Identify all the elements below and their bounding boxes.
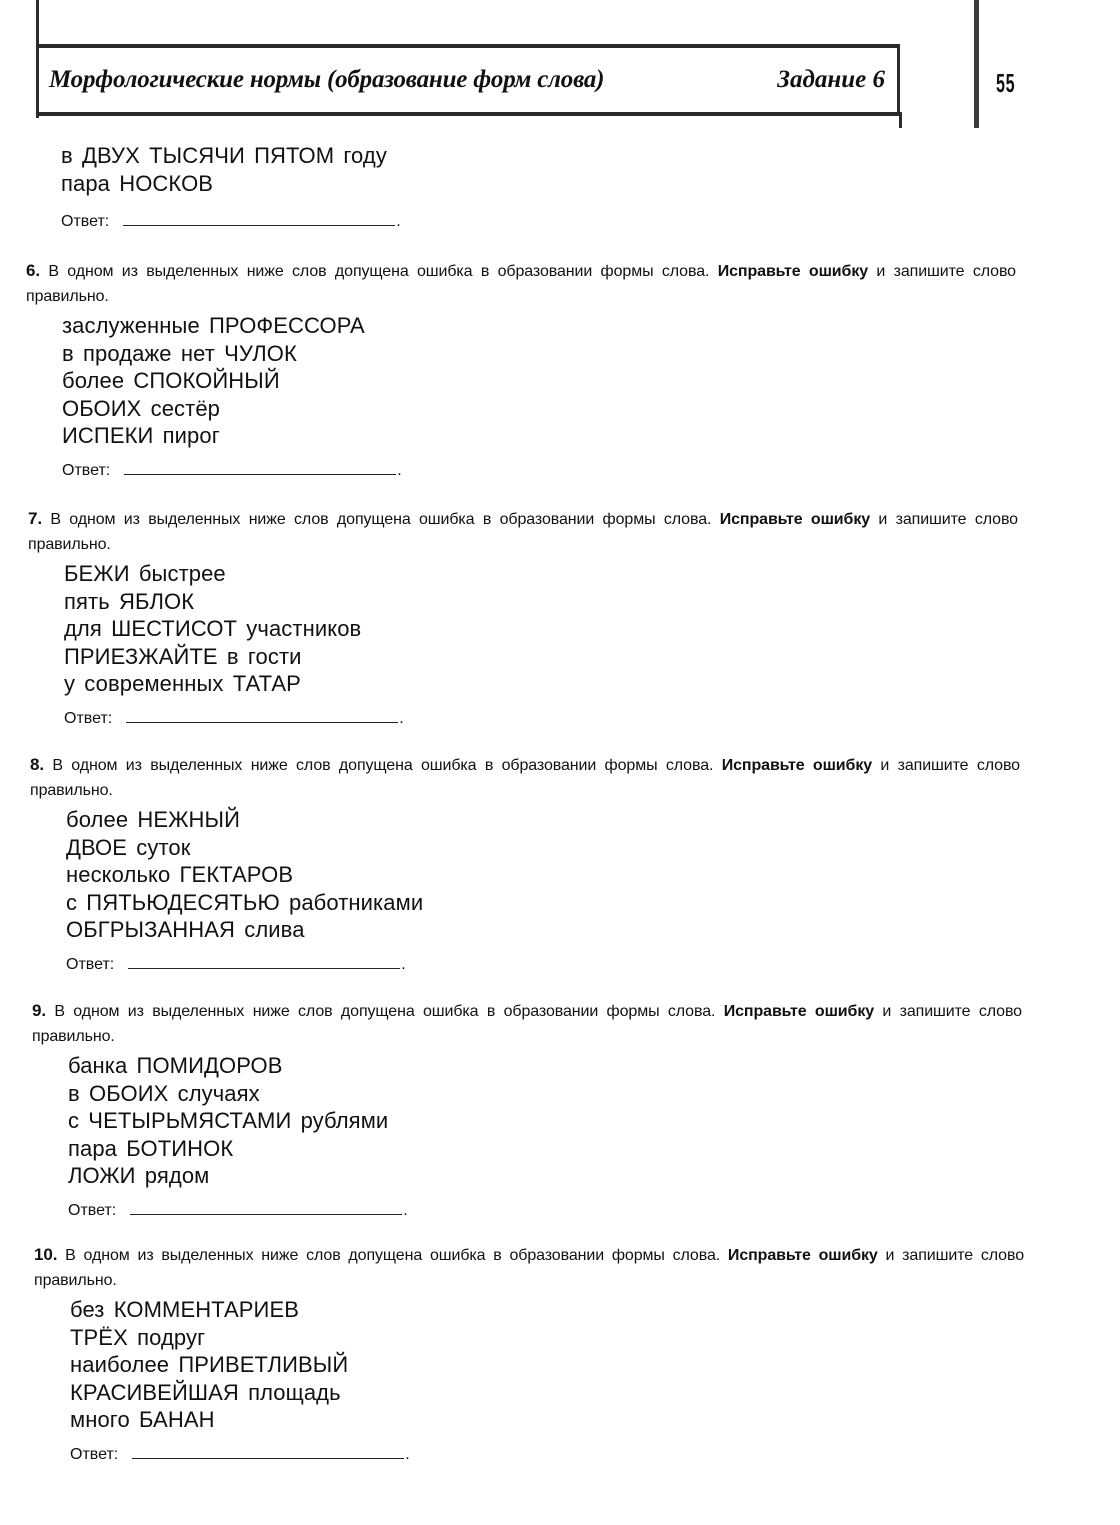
task-number: 9. bbox=[32, 1001, 46, 1020]
task-number: 8. bbox=[30, 755, 44, 774]
answer-input[interactable] bbox=[126, 708, 398, 723]
option-list: банка ПОМИДОРОВв ОБОИХ случаяхс ЧЕТЫРЬМЯ… bbox=[68, 1052, 388, 1190]
task-instruction: В одном из выделенных ниже слов допущена… bbox=[48, 263, 717, 280]
answer-label: Ответ: bbox=[61, 213, 109, 230]
option-item: много БАНАН bbox=[70, 1406, 348, 1434]
task-number: 6. bbox=[26, 261, 40, 280]
answer-label: Ответ: bbox=[70, 1446, 118, 1463]
answer-label: Ответ: bbox=[68, 1202, 116, 1219]
option-list: в ДВУХ ТЫСЯЧИ ПЯТОМ году пара НОСКОВ bbox=[61, 142, 387, 197]
answer-row: Ответ:. bbox=[70, 1444, 410, 1464]
header-border-tail bbox=[899, 112, 902, 128]
option-item: БЕЖИ быстрее bbox=[64, 560, 361, 588]
task-instruction-emphasis: Исправьте ошиб­ку bbox=[724, 1003, 874, 1020]
answer-period: . bbox=[399, 710, 403, 727]
option-item: несколько ГЕКТАРОВ bbox=[66, 861, 423, 889]
answer-period: . bbox=[401, 956, 405, 973]
answer-label: Ответ: bbox=[62, 462, 110, 479]
answer-row: Ответ:. bbox=[61, 211, 401, 231]
task-instruction-emphasis: Исправьте ошиб­ку bbox=[720, 511, 870, 528]
option-list: БЕЖИ быстреепять ЯБЛОКдля ШЕСТИСОТ участ… bbox=[64, 560, 361, 698]
option-item: с ПЯТЬЮДЕСЯТЬЮ работниками bbox=[66, 889, 423, 917]
section-title: Морфологические нормы (образование форм … bbox=[49, 66, 604, 94]
answer-input[interactable] bbox=[128, 954, 400, 969]
answer-row: Ответ:. bbox=[62, 460, 402, 480]
option-item: наиболее ПРИВЕТЛИВЫЙ bbox=[70, 1351, 348, 1379]
option-item: ОБОИХ сестёр bbox=[62, 395, 365, 423]
task-instruction: В одном из выделенных ниже слов допущена… bbox=[52, 757, 721, 774]
option-item: в ДВУХ ТЫСЯЧИ ПЯТОМ году bbox=[61, 142, 387, 170]
option-item: ЛОЖИ рядом bbox=[68, 1162, 388, 1190]
task-instruction-emphasis: Исправьте ошиб­ку bbox=[722, 757, 872, 774]
answer-row: Ответ:. bbox=[66, 954, 406, 974]
answer-period: . bbox=[403, 1202, 407, 1219]
answer-row: Ответ:. bbox=[68, 1200, 408, 1220]
answer-label: Ответ: bbox=[66, 956, 114, 973]
task-prompt: 9. В одном из выделенных ниже слов допущ… bbox=[32, 998, 1022, 1049]
answer-label: Ответ: bbox=[64, 710, 112, 727]
page-number-divider bbox=[974, 0, 979, 128]
option-item: в ОБОИХ случаях bbox=[68, 1080, 388, 1108]
option-item: у современных ТАТАР bbox=[64, 670, 361, 698]
option-item: ДВОЕ суток bbox=[66, 834, 423, 862]
option-list: без КОММЕНТАРИЕВТРЁХ подругнаиболее ПРИВ… bbox=[70, 1296, 348, 1434]
task-label: Задание 6 bbox=[777, 66, 885, 94]
task-prompt: 8. В одном из выделенных ниже слов допущ… bbox=[30, 752, 1020, 803]
option-item: заслуженные ПРОФЕССОРА bbox=[62, 312, 365, 340]
answer-period: . bbox=[396, 213, 400, 230]
option-item: ОБГРЫЗАННАЯ слива bbox=[66, 916, 423, 944]
task-prompt: 6. В одном из выделенных ниже слов допущ… bbox=[26, 258, 1016, 309]
option-item: с ЧЕТЫРЬМЯСТАМИ рублями bbox=[68, 1107, 388, 1135]
option-item: более НЕЖНЫЙ bbox=[66, 806, 423, 834]
task-number: 10. bbox=[34, 1245, 57, 1264]
answer-input[interactable] bbox=[130, 1200, 402, 1215]
task-number: 7. bbox=[28, 509, 42, 528]
option-item: в продаже нет ЧУЛОК bbox=[62, 340, 365, 368]
option-item: более СПОКОЙНЫЙ bbox=[62, 367, 365, 395]
option-item: пара БОТИНОК bbox=[68, 1135, 388, 1163]
task-instruction: В одном из выделенных ниже слов допущена… bbox=[54, 1003, 723, 1020]
answer-input[interactable] bbox=[123, 211, 395, 226]
option-item: ИСПЕКИ пирог bbox=[62, 422, 365, 450]
section-header: Морфологические нормы (образование форм … bbox=[37, 44, 900, 116]
option-list: более НЕЖНЫЙДВОЕ сутокнесколько ГЕКТАРОВ… bbox=[66, 806, 423, 944]
answer-input[interactable] bbox=[132, 1444, 404, 1459]
option-item: КРАСИВЕЙШАЯ площадь bbox=[70, 1379, 348, 1407]
option-item: пара НОСКОВ bbox=[61, 170, 387, 198]
task-instruction: В одном из выделенных ниже слов допущена… bbox=[65, 1247, 728, 1264]
answer-input[interactable] bbox=[124, 460, 396, 475]
answer-period: . bbox=[397, 462, 401, 479]
page-number: 55 bbox=[996, 68, 1015, 99]
answer-period: . bbox=[405, 1446, 409, 1463]
answer-row: Ответ:. bbox=[64, 708, 404, 728]
option-item: ТРЁХ подруг bbox=[70, 1324, 348, 1352]
task-prompt: 7. В одном из выделенных ниже слов допущ… bbox=[28, 506, 1018, 557]
option-item: ПРИЕЗЖАЙТЕ в гости bbox=[64, 643, 361, 671]
task-instruction-emphasis: Исправьте ошиб­ку bbox=[718, 263, 868, 280]
task-prompt: 10. В одном из выделенных ниже слов допу… bbox=[34, 1242, 1024, 1293]
option-item: банка ПОМИДОРОВ bbox=[68, 1052, 388, 1080]
option-item: для ШЕСТИСОТ участников bbox=[64, 615, 361, 643]
task-instruction: В одном из выделенных ниже слов допущена… bbox=[50, 511, 719, 528]
option-item: пять ЯБЛОК bbox=[64, 588, 361, 616]
option-item: без КОММЕНТАРИЕВ bbox=[70, 1296, 348, 1324]
option-list: заслуженные ПРОФЕССОРАв продаже нет ЧУЛО… bbox=[62, 312, 365, 450]
task-instruction-emphasis: Исправьте ошибку bbox=[728, 1247, 878, 1264]
